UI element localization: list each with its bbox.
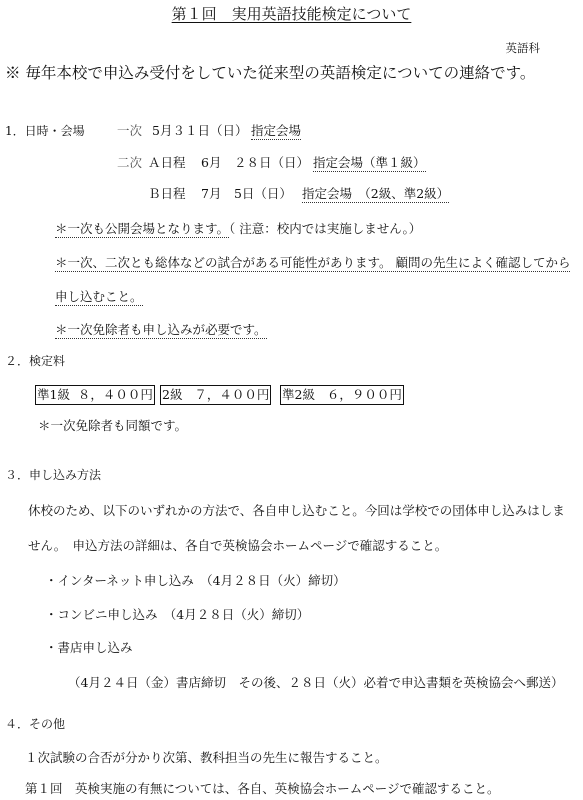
note-exemption: ＊一次免除者も申し込みが必要です。: [55, 324, 267, 337]
schedule-a-date: 6月 ２８日（日）: [201, 157, 309, 170]
fee-box-2: 2級 ７，４００円: [160, 385, 271, 405]
notice-text: ※ 毎年本校で申込み受付をしていた従来型の英語検定についての連絡です。: [5, 66, 535, 82]
note-public-venue: ＊一次も公開会場となります。（ 注意：校内では実施しません。）: [55, 223, 421, 236]
note-tournament: ＊一次、二次とも総体などの試合がある可能性があります。 顧問の先生によく確認して…: [55, 257, 570, 270]
other-line2: 第１回 英検実施の有無については、各自、英検協会ホームページで確認すること。: [25, 783, 500, 796]
method-intro-line1: 休校のため、以下のいずれかの方法で、各自申し込むこと。今回は学校での団体申し込み…: [28, 505, 565, 518]
schedule-a-venue: 指定会場（準１級）: [313, 157, 426, 170]
other-line1: １次試験の合否が分かり次第、教科担当の先生に報告すること。: [25, 752, 388, 765]
method-convenience-store: ・コンビニ申し込み （4月２８日（火）締切）: [45, 609, 309, 622]
method-intro-line2: せん。 申込方法の詳細は、各自で英検協会ホームページで確認すること。: [28, 540, 447, 553]
schedule-a-label: Ａ日程: [148, 157, 186, 170]
section1-heading: 1．日時・会場: [5, 125, 85, 137]
fee-note: ＊一次免除者も同額です。: [38, 420, 187, 433]
method-internet: ・インターネット申し込み （4月２８日（火）締切）: [45, 575, 346, 588]
bookstore-detail: （4月２４日（金）書店締切 その後、２８日（火）必着で申込書類を英検協会へ郵送）: [68, 677, 563, 690]
note-tournament-cont: 申し込むこと。: [55, 291, 143, 304]
first-exam-label: 一次: [117, 125, 142, 138]
department-label: 英語科: [506, 43, 541, 55]
second-exam-label: 二次: [117, 157, 142, 170]
section3-heading: ３．申し込み方法: [5, 469, 101, 481]
fee-box-pre2: 準2級 ６，９００円: [280, 385, 404, 405]
first-exam-venue: 指定会場: [251, 125, 301, 138]
method-bookstore: ・書店申し込み: [45, 642, 133, 655]
first-exam-date: 5月３１日（日）: [152, 125, 247, 138]
schedule-b-venue: 指定会場 （2級、準2級）: [302, 188, 449, 201]
schedule-b-label: Ｂ日程: [148, 188, 186, 201]
fee-box-pre1: 準1級 ８，４００円: [35, 385, 155, 405]
section4-heading: ４．その他: [5, 718, 65, 730]
document-title: 第１回 実用英語技能検定について: [0, 7, 583, 22]
section2-heading: ２．検定料: [5, 355, 65, 367]
schedule-b-date: 7月 5日（日）: [201, 188, 292, 201]
